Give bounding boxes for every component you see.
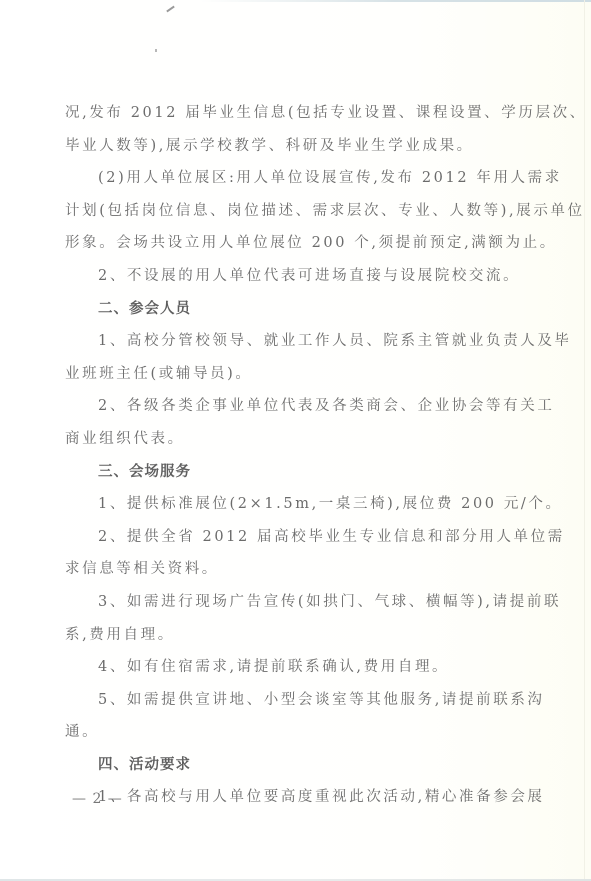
text-line-continuation: 况,发布 2012 届毕业生信息(包括专业设置、课程设置、学历层次、: [65, 97, 527, 130]
paragraph-services-3: 3、如需进行现场广告宣传(如拱门、气球、横幅等),请提前联: [65, 586, 527, 619]
scan-right-edge: [584, 0, 585, 881]
text-line: 毕业人数等),展示学校教学、科研及毕业生学业成果。: [65, 130, 527, 163]
paragraph-services-2: 2、提供全省 2012 届高校毕业生专业信息和部分用人单位需: [65, 521, 527, 554]
text-line: 商业组织代表。: [65, 423, 527, 456]
paragraph-services-4: 4、如有住宿需求,请提前联系确认,费用自理。: [65, 651, 527, 684]
text-line: 通。: [65, 716, 527, 749]
paragraph-employer-area: (2)用人单位展区:用人单位设展宣传,发布 2012 年用人需求: [65, 162, 527, 195]
paragraph-requirements-1: 1、各高校与用人单位要高度重视此次活动,精心准备参会展: [65, 781, 527, 814]
document-body: 况,发布 2012 届毕业生信息(包括专业设置、课程设置、学历层次、 毕业人数等…: [65, 97, 527, 814]
text-line: 系,费用自理。: [65, 619, 527, 652]
document-page: 况,发布 2012 届毕业生信息(包括专业设置、课程设置、学历层次、 毕业人数等…: [0, 0, 591, 881]
paragraph-services-1: 1、提供标准展位(2×1.5m,一桌三椅),展位费 200 元/个。: [65, 488, 527, 521]
page-number: — 2 —: [72, 791, 123, 807]
text-line: 形象。会场共设立用人单位展位 200 个,须提前预定,满额为止。: [65, 227, 527, 260]
paragraph-non-exhibitors: 2、不设展的用人单位代表可进场直接与设展院校交流。: [65, 260, 527, 293]
scan-artifact-mark: [166, 6, 175, 13]
section-heading-venue-services: 三、会场服务: [65, 456, 527, 489]
text-line: 求信息等相关资料。: [65, 553, 527, 586]
section-heading-requirements: 四、活动要求: [65, 749, 527, 782]
section-heading-attendees: 二、参会人员: [65, 293, 527, 326]
text-line: 业班班主任(或辅导员)。: [65, 358, 527, 391]
paragraph-attendees-2: 2、各级各类企事业单位代表及各类商会、企业协会等有关工: [65, 390, 527, 423]
scan-artifact-dot: [155, 49, 157, 52]
paragraph-services-5: 5、如需提供宣讲地、小型会谈室等其他服务,请提前联系沟: [65, 684, 527, 717]
scan-top-edge: [200, 0, 591, 2]
paragraph-attendees-1: 1、高校分管校领导、就业工作人员、院系主管就业负责人及毕: [65, 325, 527, 358]
text-line: 计划(包括岗位信息、岗位描述、需求层次、专业、人数等),展示单位: [65, 195, 527, 228]
